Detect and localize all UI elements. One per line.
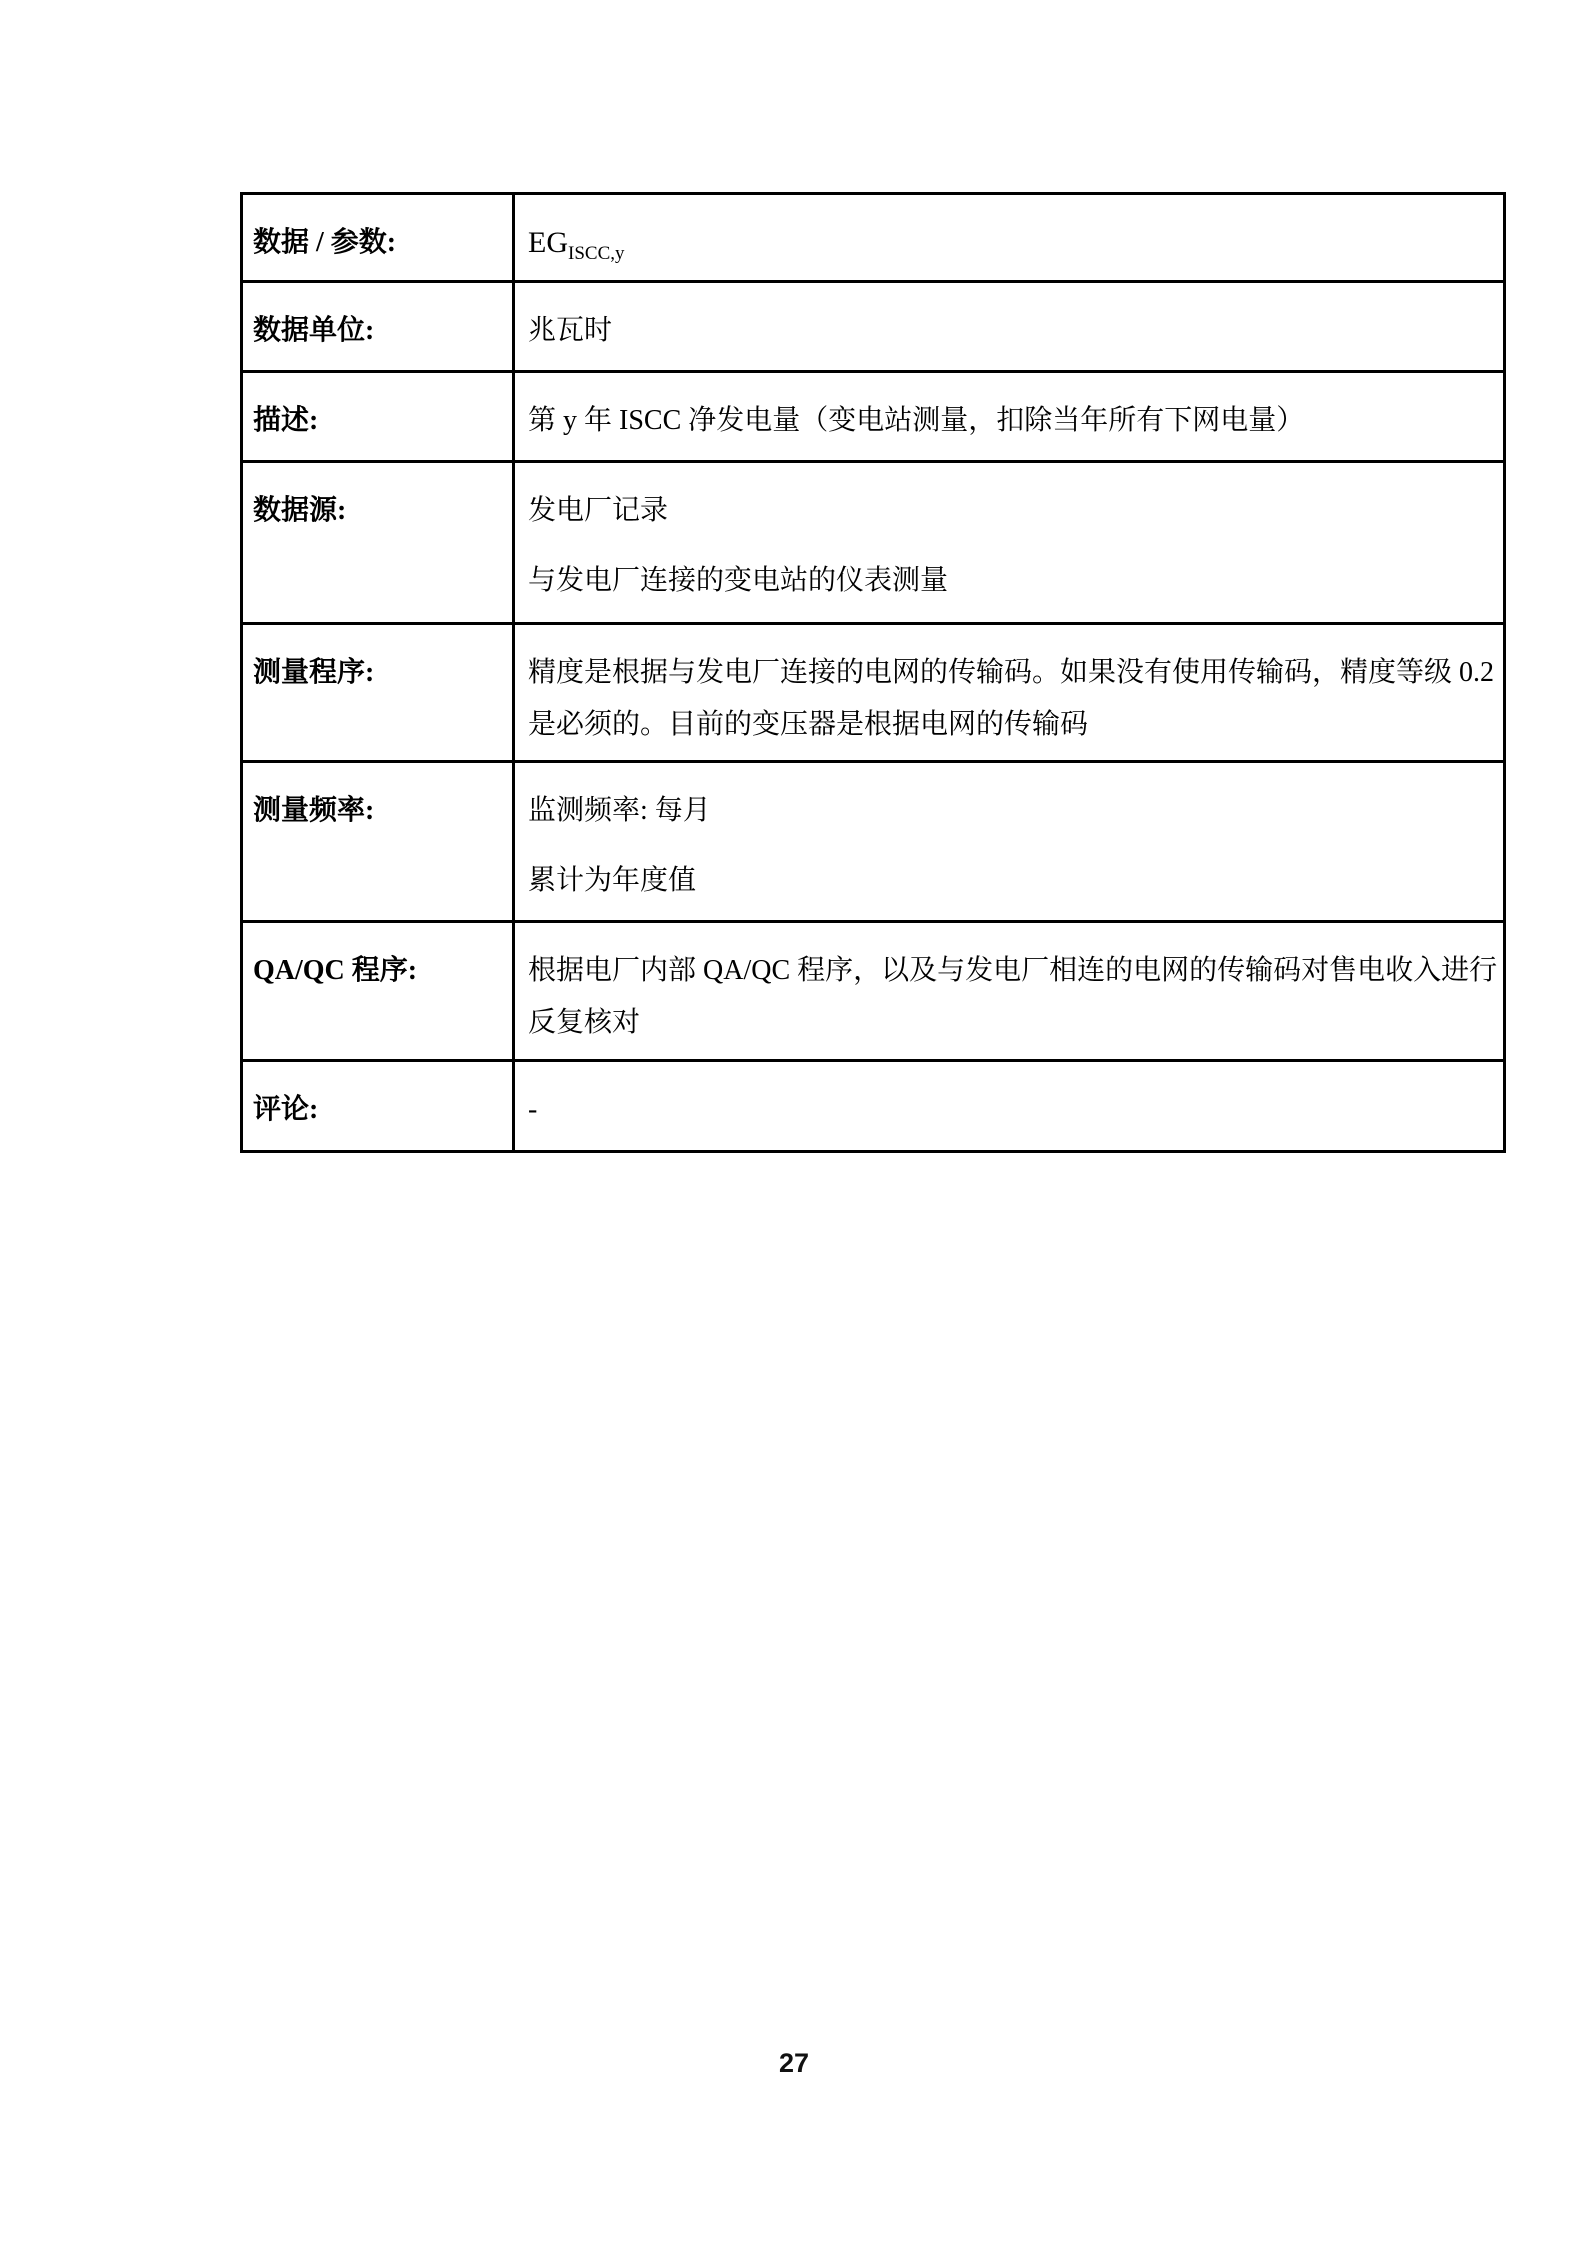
value-paragraph: 与发电厂连接的变电站的仪表测量: [528, 555, 1497, 607]
table-row-5: 测量频率: 监测频率: 每月累计为年度值: [243, 763, 1503, 923]
row-label: QA/QC 程序:: [243, 923, 515, 1059]
row-label: 数据源:: [243, 463, 515, 622]
value-paragraph: 第 y 年 ISCC 净发电量（变电站测量，扣除当年所有下网电量）: [528, 395, 1497, 447]
table-row-4: 测量程序: 精度是根据与发电厂连接的电网的传输码。如果没有使用传输码，精度等级 …: [243, 625, 1503, 763]
row-label: 数据 / 参数:: [243, 195, 515, 280]
table-row-1: 数据单位: 兆瓦时: [243, 283, 1503, 373]
row-label: 描述:: [243, 373, 515, 460]
row-value: -: [515, 1062, 1503, 1150]
row-value: 根据电厂内部 QA/QC 程序，以及与发电厂相连的电网的传输码对售电收入进行反复…: [515, 923, 1503, 1059]
table-row-0: 数据 / 参数: EGISCC,y: [243, 195, 1503, 283]
table-row-3: 数据源: 发电厂记录与发电厂连接的变电站的仪表测量: [243, 463, 1503, 625]
document-page: 数据 / 参数: EGISCC,y 数据单位: 兆瓦时 描述: 第 y 年 IS…: [0, 0, 1588, 2245]
value-paragraph: 根据电厂内部 QA/QC 程序，以及与发电厂相连的电网的传输码对售电收入进行反复…: [528, 945, 1497, 1049]
row-value: 兆瓦时: [515, 283, 1503, 370]
row-value: EGISCC,y: [515, 195, 1503, 280]
value-paragraph: 累计为年度值: [528, 855, 1497, 907]
value-paragraph: 监测频率: 每月: [528, 785, 1497, 837]
value-line: 第 y 年 ISCC 净发电量（变电站测量，扣除当年所有下网电量）: [528, 395, 1497, 447]
value-paragraph: 精度是根据与发电厂连接的电网的传输码。如果没有使用传输码，精度等级 0.2是必须…: [528, 647, 1497, 751]
value-line: 发电厂记录: [528, 485, 1497, 537]
parameter-symbol: EGISCC,y: [528, 226, 625, 259]
value-line: 与发电厂连接的变电站的仪表测量: [528, 555, 1497, 607]
parameter-table: 数据 / 参数: EGISCC,y 数据单位: 兆瓦时 描述: 第 y 年 IS…: [240, 192, 1506, 1153]
value-line: 监测频率: 每月: [528, 785, 1497, 837]
row-value: 监测频率: 每月累计为年度值: [515, 763, 1503, 920]
table-row-7: 评论: -: [243, 1062, 1503, 1150]
row-value: 第 y 年 ISCC 净发电量（变电站测量，扣除当年所有下网电量）: [515, 373, 1503, 460]
parameter-subscript: ISCC,y: [568, 243, 625, 264]
value-line: 反复核对: [528, 997, 1497, 1049]
row-label: 测量程序:: [243, 625, 515, 760]
value-line: 精度是根据与发电厂连接的电网的传输码。如果没有使用传输码，精度等级 0.2: [528, 647, 1497, 699]
value-line: -: [528, 1084, 1497, 1136]
row-label: 测量频率:: [243, 763, 515, 920]
table-row-2: 描述: 第 y 年 ISCC 净发电量（变电站测量，扣除当年所有下网电量）: [243, 373, 1503, 463]
value-line: 根据电厂内部 QA/QC 程序，以及与发电厂相连的电网的传输码对售电收入进行: [528, 945, 1497, 997]
value-line: 是必须的。目前的变压器是根据电网的传输码: [528, 699, 1497, 751]
value-line: 累计为年度值: [528, 855, 1497, 907]
row-label: 评论:: [243, 1062, 515, 1150]
row-label: 数据单位:: [243, 283, 515, 370]
row-value: 发电厂记录与发电厂连接的变电站的仪表测量: [515, 463, 1503, 622]
row-value: 精度是根据与发电厂连接的电网的传输码。如果没有使用传输码，精度等级 0.2是必须…: [515, 625, 1503, 760]
page-number: 27: [0, 2046, 1588, 2080]
value-paragraph: -: [528, 1084, 1497, 1136]
value-line: 兆瓦时: [528, 305, 1497, 357]
value-paragraph: 发电厂记录: [528, 485, 1497, 537]
table-row-6: QA/QC 程序: 根据电厂内部 QA/QC 程序，以及与发电厂相连的电网的传输…: [243, 923, 1503, 1062]
value-paragraph: 兆瓦时: [528, 305, 1497, 357]
